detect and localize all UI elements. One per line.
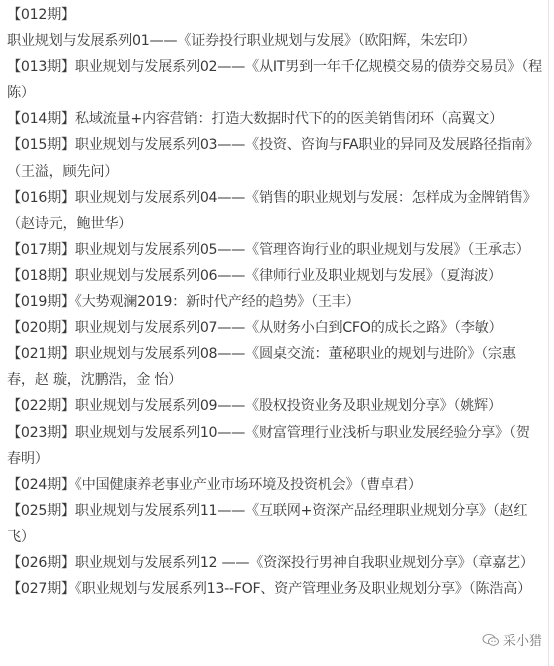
issue-title: 职业规划与发展系列01——《证券投行职业规划与发展》（欧阳辉，朱宏印） [7, 33, 476, 49]
issue-number: 【014期】 [7, 111, 75, 127]
issue-number: 【015期】 [7, 137, 75, 153]
issue-title: 职业规划与发展系列07——《从财务小白到CFO的成长之路》（李敏） [75, 320, 503, 336]
issue-title: 《职业规划与发展系列13--FOF、资产管理业务及职业规划分享》（陈浩高） [75, 581, 531, 597]
list-item-023: 【023期】职业规划与发展系列10——《财富管理行业浅析与职业发展经验分享》（贺… [7, 420, 542, 472]
list-item-018: 【018期】职业规划与发展系列06——《律师行业及职业规划与发展》（夏海波） [7, 263, 542, 289]
issue-title: 职业规划与发展系列02——《从IT男到一年千亿规模交易的债券交易员》（程陈） [7, 59, 542, 101]
issue-title: 《中国健康养老事业产业市场环境及投资机会》（曹卓君） [75, 477, 422, 493]
issue-number: 【019期】 [7, 294, 75, 310]
issue-title: 职业规划与发展系列04——《销售的职业规划与发展：怎样成为金牌销售》（赵诗元，鲍… [7, 190, 537, 232]
watermark: 采小猎 [482, 630, 542, 649]
list-item-015: 【015期】职业规划与发展系列03——《投资、咨询与FA职业的异同及发展路径指南… [7, 132, 542, 184]
list-item-016: 【016期】职业规划与发展系列04——《销售的职业规划与发展：怎样成为金牌销售》… [7, 185, 542, 237]
issue-number: 【024期】 [7, 477, 75, 493]
list-item-021: 【021期】职业规划与发展系列08——《圆桌交流：董秘职业的规划与进阶》（宗惠春… [7, 341, 542, 393]
list-item-024: 【024期】《中国健康养老事业产业市场环境及投资机会》（曹卓君） [7, 472, 542, 498]
issue-title: 职业规划与发展系列05——《管理咨询行业的职业规划与发展》（王承志） [75, 242, 530, 258]
issue-number: 【013期】 [7, 59, 75, 75]
issue-title: 职业规划与发展系列08——《圆桌交流：董秘职业的规划与进阶》（宗惠春，赵 璇，沈… [7, 346, 516, 388]
watermark-label: 采小猎 [503, 630, 542, 649]
list-item-012: 【012期】职业规划与发展系列01——《证券投行职业规划与发展》（欧阳辉，朱宏印… [7, 2, 542, 54]
issue-title: 职业规划与发展系列03——《投资、咨询与FA职业的异同及发展路径指南》（王溢，顾… [7, 137, 539, 179]
issue-number: 【012期】 [7, 7, 75, 23]
issue-title: 职业规划与发展系列09——《股权投资业务及职业规划分享》（姚辉） [75, 398, 502, 414]
list-item-020: 【020期】职业规划与发展系列07——《从财务小白到CFO的成长之路》（李敏） [7, 315, 542, 341]
issue-title: 职业规划与发展系列11——《互联网+资深产品经理职业规划分享》（赵红飞） [7, 503, 527, 545]
list-item-022: 【022期】职业规划与发展系列09——《股权投资业务及职业规划分享》（姚辉） [7, 393, 542, 419]
issue-number: 【016期】 [7, 190, 75, 206]
issue-title: 职业规划与发展系列10——《财富管理行业浅析与职业发展经验分享》（贺春明） [7, 425, 530, 467]
list-item-026: 【026期】职业规划与发展系列12 ——《资深投行男神自我职业规划分享》（章嘉艺… [7, 550, 542, 576]
issue-number: 【026期】 [7, 555, 75, 571]
issue-number: 【020期】 [7, 320, 75, 336]
list-item-025: 【025期】职业规划与发展系列11——《互联网+资深产品经理职业规划分享》（赵红… [7, 498, 542, 550]
issue-number: 【022期】 [7, 398, 75, 414]
wechat-icon [482, 633, 500, 647]
issue-number: 【023期】 [7, 425, 75, 441]
list-item-013: 【013期】职业规划与发展系列02——《从IT男到一年千亿规模交易的债券交易员》… [7, 54, 542, 106]
issue-title: 职业规划与发展系列06——《律师行业及职业规划与发展》（夏海波） [75, 268, 502, 284]
issue-number: 【027期】 [7, 581, 75, 597]
issue-number: 【021期】 [7, 346, 75, 362]
issue-title: 职业规划与发展系列12 ——《资深投行男神自我职业规划分享》（章嘉艺） [75, 555, 534, 571]
list-item-017: 【017期】职业规划与发展系列05——《管理咨询行业的职业规划与发展》（王承志） [7, 237, 542, 263]
list-item-014: 【014期】私域流量+内容营销：打造大数据时代下的的医美销售闭环（高翼文） [7, 106, 542, 132]
issue-number: 【017期】 [7, 242, 75, 258]
list-item-019: 【019期】《大势观澜2019：新时代产经的趋势》（王丰） [7, 289, 542, 315]
issue-title: 私域流量+内容营销：打造大数据时代下的的医美销售闭环（高翼文） [75, 111, 503, 127]
issue-number: 【018期】 [7, 268, 75, 284]
article-body: 【012期】职业规划与发展系列01——《证券投行职业规划与发展》（欧阳辉，朱宏印… [0, 0, 549, 666]
list-item-027: 【027期】《职业规划与发展系列13--FOF、资产管理业务及职业规划分享》（陈… [7, 576, 542, 602]
issue-number: 【025期】 [7, 503, 75, 519]
issue-title: 《大势观澜2019：新时代产经的趋势》（王丰） [75, 294, 360, 310]
